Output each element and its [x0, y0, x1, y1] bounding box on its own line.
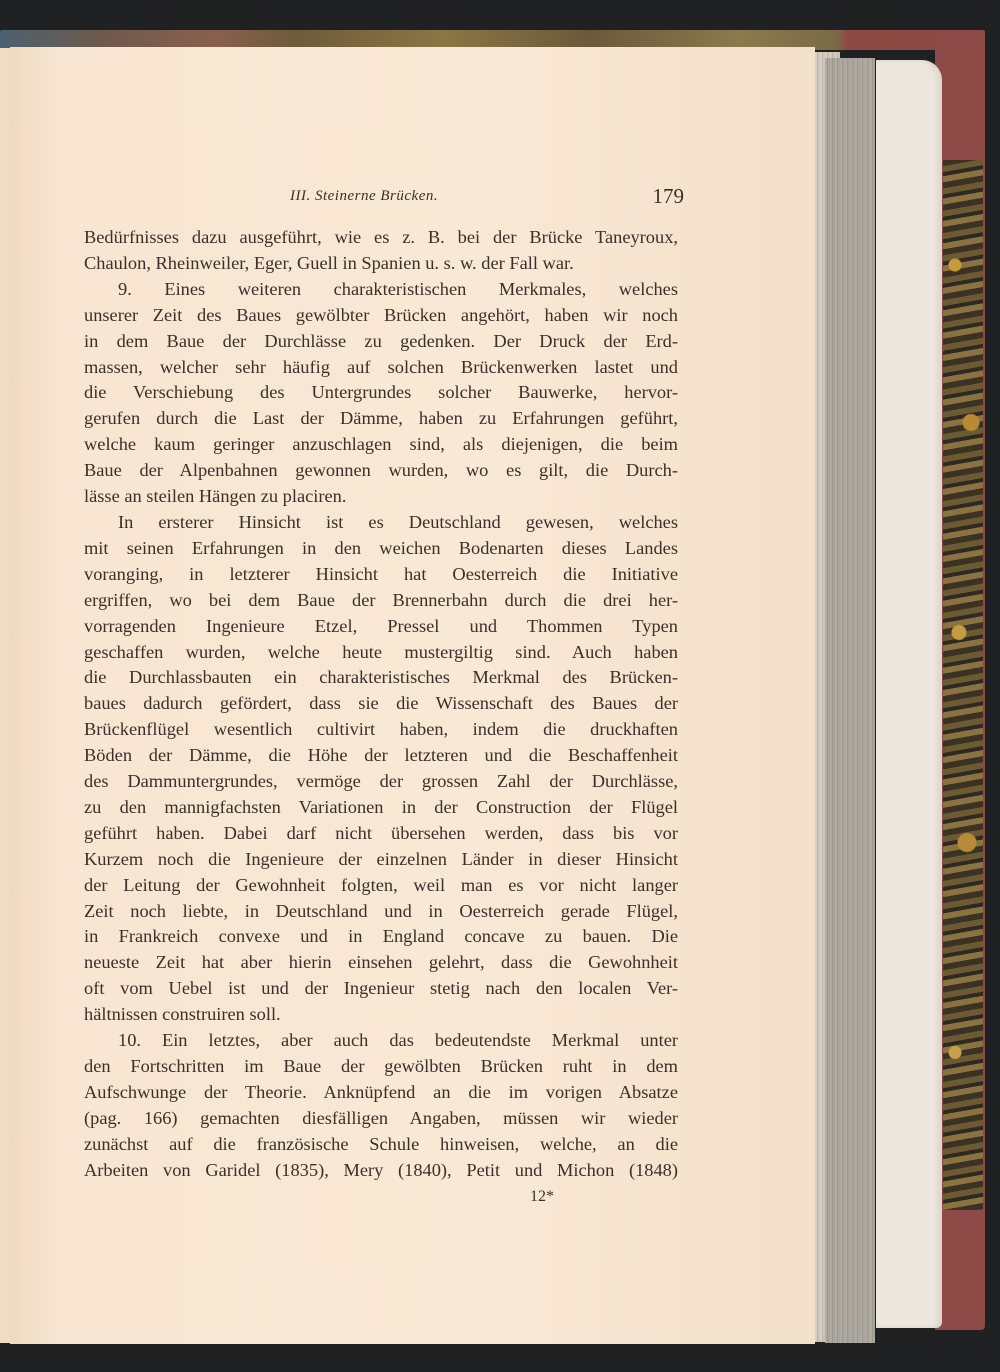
- text-line: Zeit noch liebte, in Deutschland und in …: [84, 899, 678, 925]
- text-line: Chaulon, Rheinweiler, Eger, Guell in Spa…: [84, 251, 678, 277]
- text-line: mit seinen Erfahrungen in den weichen Bo…: [84, 536, 678, 562]
- paragraph-continuation: Bedürfnisses dazu ausgeführt, wie es z. …: [84, 225, 678, 277]
- text-line: massen, welcher sehr häufig auf solchen …: [84, 355, 678, 381]
- text-line: des Dammuntergrundes, vermöge der grosse…: [84, 769, 678, 795]
- text-line: gerufen durch die Last der Dämme, haben …: [84, 406, 678, 432]
- text-line: zunächst auf die französische Schule hin…: [84, 1132, 678, 1158]
- text-line: 10. Ein letztes, aber auch das bedeutend…: [84, 1028, 678, 1054]
- text-line: geschaffen wurden, welche heute mustergi…: [84, 640, 678, 666]
- running-head: III. Steinerne Brücken. 179: [80, 186, 684, 216]
- text-line: die Durchlassbauten ein charakteristisch…: [84, 665, 678, 691]
- text-line: oft vom Uebel ist und der Ingenieur stet…: [84, 976, 678, 1002]
- marbled-cover-paper: [943, 160, 983, 1210]
- page-stack-edge-shadow: [825, 58, 875, 1343]
- text-line: neueste Zeit hat aber hierin einsehen ge…: [84, 950, 678, 976]
- text-line: Arbeiten von Garidel (1835), Mery (1840)…: [84, 1158, 678, 1184]
- text-line: geführt haben. Dabei darf nicht übersehe…: [84, 821, 678, 847]
- text-line: 9. Eines weiteren charakteristischen Mer…: [84, 277, 678, 303]
- text-line: voranging, in letzterer Hinsicht hat Oes…: [84, 562, 678, 588]
- text-line: unserer Zeit des Baues gewölbter Brücken…: [84, 303, 678, 329]
- text-line: (pag. 166) gemachten diesfälligen Angabe…: [84, 1106, 678, 1132]
- paragraph-9: 9. Eines weiteren charakteristischen Mer…: [84, 277, 678, 510]
- text-line: in dem Baue der Durchlässe zu gedenken. …: [84, 329, 678, 355]
- text-line: in Frankreich convexe und in England con…: [84, 924, 678, 950]
- text-line: Kurzem noch die Ingenieure der einzelnen…: [84, 847, 678, 873]
- flyleaf-page: [876, 60, 942, 1328]
- text-line: welche kaum geringer anzuschlagen sind, …: [84, 432, 678, 458]
- text-line: Aufschwunge der Theorie. Anknüpfend an d…: [84, 1080, 678, 1106]
- text-line: Böden der Dämme, die Höhe der letzteren …: [84, 743, 678, 769]
- body-text: Bedürfnisses dazu ausgeführt, wie es z. …: [84, 225, 678, 1184]
- text-line: vorragenden Ingenieure Etzel, Pressel un…: [84, 614, 678, 640]
- text-line: ergriffen, wo bei dem Baue der Brennerba…: [84, 588, 678, 614]
- paragraph-10: 10. Ein letztes, aber auch das bedeutend…: [84, 1028, 678, 1183]
- text-line: den Fortschritten im Baue der gewölbten …: [84, 1054, 678, 1080]
- paragraph-hinsicht: In ersterer Hinsicht ist es Deutschland …: [84, 510, 678, 1028]
- text-line: In ersterer Hinsicht ist es Deutschland …: [84, 510, 678, 536]
- page-number: 179: [653, 184, 685, 209]
- chapter-title: III. Steinerne Brücken.: [290, 188, 438, 205]
- text-line: Bedürfnisses dazu ausgeführt, wie es z. …: [84, 225, 678, 251]
- text-line: zu den mannigfachsten Variationen in der…: [84, 795, 678, 821]
- text-line: der Leitung der Gewohnheit folgten, weil…: [84, 873, 678, 899]
- text-line: lässe an steilen Hängen zu placiren.: [84, 484, 678, 510]
- text-line: baues dadurch gefördert, dass sie die Wi…: [84, 691, 678, 717]
- text-line: hältnissen construiren soll.: [84, 1002, 678, 1028]
- text-line: Baue der Alpenbahnen gewonnen wurden, wo…: [84, 458, 678, 484]
- text-line: die Verschiebung des Untergrundes solche…: [84, 380, 678, 406]
- signature-mark: 12*: [530, 1188, 554, 1206]
- text-line: Brückenflügel wesentlich cultivirt haben…: [84, 717, 678, 743]
